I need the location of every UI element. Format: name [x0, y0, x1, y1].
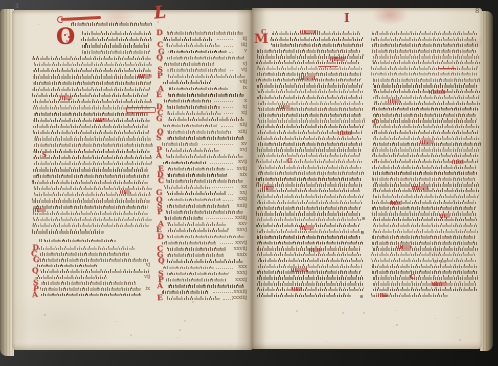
- parchment-speck: [435, 318, 436, 319]
- chapter-numeral: xv: [241, 141, 247, 147]
- parchment-speck: [326, 341, 327, 342]
- chapter-numeral: xxix: [237, 252, 247, 258]
- rubric-box: [126, 107, 156, 113]
- script-line: [256, 177, 362, 181]
- script-line: [32, 87, 150, 91]
- script-line: [372, 60, 480, 64]
- script-line: [372, 153, 478, 157]
- script-line: [164, 185, 211, 189]
- script-line: [33, 68, 151, 72]
- parchment-speck: [457, 317, 458, 318]
- manuscript-photograph: 3 L I 8 O M DCGvjQvijSPixADiijCiiijGvQvj…: [0, 0, 498, 366]
- script-line: [257, 281, 363, 285]
- rubric-initial: A: [32, 290, 39, 298]
- chapter-numeral: xxvj: [237, 227, 247, 233]
- script-line: [257, 136, 361, 140]
- chapter-numeral: xxiiij: [235, 215, 247, 221]
- rubric-initial: D: [156, 29, 163, 36]
- rubric-initial: Q: [156, 54, 163, 61]
- script-line: [371, 66, 478, 70]
- script-line: [372, 275, 477, 279]
- rubric-paragraph-mark: C: [410, 274, 415, 280]
- script-line: [167, 173, 227, 177]
- script-line: [168, 50, 227, 54]
- rubric-paragraph-mark: C: [261, 29, 266, 35]
- dotted-leader: [221, 126, 233, 127]
- script-line: [39, 258, 147, 262]
- folio-number: 8: [475, 7, 479, 15]
- script-line: [34, 62, 153, 66]
- script-line: [40, 269, 148, 273]
- script-line: [167, 204, 230, 208]
- script-line: [167, 130, 231, 134]
- script-line: [167, 31, 244, 35]
- script-line: [164, 216, 204, 220]
- chapter-numeral: xxv: [238, 221, 247, 227]
- rubric-highlight: [378, 293, 388, 297]
- script-line: [372, 31, 478, 35]
- script-line: [32, 56, 151, 60]
- script-line: [373, 281, 477, 285]
- chapter-numeral: ix: [145, 286, 150, 292]
- script-line: [33, 205, 148, 209]
- script-line: [168, 87, 228, 91]
- dotted-leader: [228, 194, 233, 195]
- script-line: [372, 235, 476, 239]
- chapter-numeral: xxvij: [235, 240, 247, 246]
- script-line: [82, 43, 150, 47]
- script-line: [258, 165, 361, 169]
- rubric-initial: E: [156, 294, 162, 301]
- chapter-numeral: xxx: [238, 264, 247, 270]
- script-line: [167, 136, 244, 140]
- chapter-numeral: x: [244, 98, 247, 104]
- script-line: [257, 270, 361, 274]
- script-line: [372, 241, 479, 245]
- chapter-numeral: xxij: [238, 196, 247, 202]
- script-line: [371, 264, 476, 268]
- script-line: [33, 174, 149, 178]
- chapter-numeral: v: [244, 48, 247, 54]
- script-line: [371, 252, 476, 256]
- chapter-numeral: xxxij: [235, 277, 247, 283]
- script-line: [373, 194, 479, 198]
- rubric-initial: D: [157, 233, 164, 240]
- script-line: [162, 290, 209, 294]
- script-line: [164, 99, 212, 103]
- rubric-highlight: [300, 226, 314, 230]
- rubric-highlight: [338, 131, 352, 135]
- script-line: [373, 78, 481, 82]
- script-line: [163, 37, 214, 41]
- script-line: [34, 143, 153, 147]
- script-line: [257, 264, 362, 268]
- script-line: [166, 179, 243, 183]
- script-line: [39, 246, 135, 250]
- marginal-tick: [361, 231, 364, 234]
- script-line: [372, 217, 478, 221]
- script-line: [256, 235, 360, 239]
- rubric-highlight: [299, 76, 316, 80]
- dotted-leader: [223, 299, 233, 300]
- parchment-speck: [177, 337, 178, 338]
- script-line: [32, 198, 150, 202]
- rubric-highlight: [96, 118, 107, 122]
- parchment-speck: [168, 27, 169, 28]
- rubric-initial: Q: [31, 267, 38, 274]
- chapter-numeral: iij: [242, 36, 247, 42]
- rubric-initial: P: [157, 208, 163, 216]
- script-line: [33, 167, 148, 171]
- script-line: [257, 217, 362, 221]
- parchment-speck: [66, 33, 68, 35]
- script-line: [373, 113, 478, 117]
- chapter-numeral: xxj: [240, 190, 247, 196]
- script-line: [167, 259, 244, 263]
- marginal-tick: [362, 217, 365, 220]
- chapter-numeral: xxxj: [237, 270, 247, 276]
- script-line: [40, 287, 141, 291]
- script-line: [257, 89, 362, 93]
- script-line: [257, 124, 364, 128]
- script-line: [164, 62, 215, 66]
- script-line: [168, 284, 245, 288]
- parchment-speck: [179, 329, 181, 331]
- script-line: [41, 281, 136, 285]
- script-line: [167, 253, 224, 257]
- script-line: [167, 222, 226, 226]
- rubric-highlight: [279, 105, 290, 109]
- rubric-highlight: [388, 99, 400, 103]
- script-line: [33, 118, 150, 122]
- script-line: [34, 136, 151, 140]
- script-line: [168, 198, 221, 202]
- script-line: [256, 159, 361, 163]
- dotted-leader: [214, 101, 233, 102]
- script-line: [257, 171, 364, 175]
- corner-mark: 3: [15, 3, 19, 10]
- chapter-numeral: xvj: [240, 147, 247, 153]
- parchment-speck: [130, 334, 132, 336]
- script-line: [258, 107, 363, 111]
- rubric-initial: C: [158, 177, 164, 184]
- rubric-paragraph-mark: C: [287, 158, 292, 164]
- dotted-leader: [224, 113, 233, 114]
- script-line: [372, 211, 477, 215]
- rubric-highlight: [291, 268, 308, 272]
- rubric-highlight: [330, 57, 345, 61]
- script-line: [257, 54, 364, 58]
- chapter-numeral: vj: [146, 262, 150, 268]
- script-line: [372, 246, 478, 250]
- script-line: [373, 124, 480, 128]
- script-line: [163, 266, 213, 270]
- script-line: [372, 270, 478, 274]
- script-line: [70, 22, 152, 26]
- script-line: [372, 171, 478, 175]
- script-line: [373, 223, 479, 227]
- rubric-highlight: [429, 90, 445, 94]
- script-line: [163, 80, 211, 84]
- chapter-numeral: xix: [240, 172, 248, 178]
- dotted-leader: [206, 218, 233, 219]
- script-line: [33, 149, 150, 153]
- script-line: [166, 154, 243, 158]
- rubric-initial: A: [156, 152, 162, 159]
- script-line: [33, 99, 152, 103]
- rubric-initial: E: [156, 91, 162, 98]
- parchment-speck: [322, 175, 324, 177]
- script-line: [371, 72, 477, 76]
- script-line: [257, 275, 363, 279]
- rubric-underline: [438, 68, 456, 69]
- script-line: [271, 43, 364, 47]
- script-line: [258, 113, 362, 117]
- rubric-highlight: [138, 74, 152, 78]
- script-line: [373, 83, 478, 87]
- script-line: [168, 74, 245, 78]
- script-line: [82, 50, 150, 54]
- script-line: [257, 194, 363, 198]
- parchment-speck: [192, 301, 194, 303]
- rubric-highlight: [120, 190, 130, 194]
- parchment-speck: [363, 312, 365, 314]
- script-line: [258, 153, 362, 157]
- script-line: [371, 165, 476, 169]
- script-line: [258, 142, 363, 146]
- script-line: [166, 43, 220, 47]
- script-line: [270, 37, 362, 41]
- rubric-highlight: [60, 96, 72, 100]
- dotted-leader: [230, 70, 233, 71]
- chapter-numeral: xxxiij: [233, 289, 247, 295]
- script-line: [372, 177, 476, 181]
- page-content-layer: 3 L I 8 O M DCGvjQvijSPixADiijCiiijGvQvj…: [0, 0, 498, 366]
- rubric-highlight: [420, 140, 434, 144]
- script-line: [373, 229, 480, 233]
- script-line: [371, 200, 476, 204]
- rubric-paragraph-mark: S: [42, 152, 47, 158]
- rubric-initial: A: [157, 282, 163, 289]
- script-line: [256, 60, 360, 64]
- rubric-highlight: [292, 287, 302, 291]
- script-line: [82, 31, 152, 35]
- dotted-leader: [223, 107, 233, 108]
- decorated-initial-o: O: [56, 25, 75, 49]
- marginal-note: a pa: [434, 259, 447, 265]
- dotted-leader: [217, 39, 233, 40]
- chapter-numeral: xj: [243, 104, 247, 110]
- rubric-initial: G: [156, 115, 163, 122]
- dotted-leader: [220, 243, 233, 244]
- parchment-speck: [157, 21, 159, 23]
- parchment-speck: [342, 312, 344, 314]
- parchment-speck: [230, 345, 231, 346]
- script-line: [32, 223, 149, 227]
- script-line: [167, 105, 220, 109]
- script-line: [167, 56, 244, 60]
- script-line: [167, 272, 229, 276]
- parchment-speck: [38, 24, 39, 25]
- dotted-leader: [229, 52, 233, 53]
- script-line: [256, 49, 360, 53]
- script-line: [41, 293, 142, 297]
- script-line: [371, 49, 476, 53]
- script-line: [37, 264, 98, 268]
- script-line: [32, 229, 104, 233]
- chapter-numeral: xvij: [238, 159, 247, 165]
- script-line: [33, 124, 148, 128]
- rubric-underline: [318, 66, 338, 67]
- script-line: [372, 118, 478, 122]
- script-line: [167, 235, 244, 239]
- script-line: [257, 252, 361, 256]
- left-page-header-numeral: L: [153, 3, 167, 24]
- rubric-highlight: [309, 248, 321, 252]
- script-line: [257, 66, 363, 70]
- script-line: [168, 93, 245, 97]
- script-line: [34, 192, 151, 196]
- rubric-highlight: [300, 30, 318, 34]
- script-line: [257, 83, 363, 87]
- rubric-initial: Q: [158, 257, 165, 264]
- parchment-speck: [395, 310, 396, 311]
- script-line: [166, 210, 243, 214]
- rubric-paraph-flourish: [61, 16, 101, 21]
- script-line: [166, 148, 219, 152]
- script-line: [256, 211, 361, 215]
- script-line: [371, 130, 478, 134]
- script-line: [162, 142, 198, 146]
- parchment-speck: [396, 324, 398, 326]
- chapter-numeral: ix: [242, 85, 247, 91]
- chapter-numeral: xiij: [239, 122, 247, 128]
- script-line: [372, 206, 477, 210]
- script-line: [32, 93, 148, 97]
- script-line: [34, 186, 152, 190]
- chapter-numeral: vij: [144, 274, 150, 280]
- script-line: [167, 68, 227, 72]
- script-line: [257, 287, 364, 291]
- chapter-numeral: iiij: [241, 42, 247, 48]
- dotted-leader: [210, 163, 233, 164]
- rubric-initial: P: [157, 72, 163, 79]
- chapter-numeral: vj: [243, 61, 247, 67]
- dotted-leader: [216, 268, 233, 269]
- parchment-speck: [402, 241, 404, 243]
- script-line: [33, 130, 149, 134]
- rubric-highlight: [262, 186, 274, 190]
- parchment-speck: [393, 326, 394, 327]
- rubric-highlight: [432, 282, 447, 286]
- script-line: [35, 275, 107, 279]
- script-line: [33, 74, 151, 78]
- script-line: [373, 287, 478, 291]
- dotted-leader: [223, 200, 233, 201]
- script-line: [373, 54, 479, 58]
- script-line: [163, 124, 218, 128]
- script-line: [44, 239, 116, 242]
- script-line: [168, 117, 245, 121]
- chapter-numeral: xxxiiij: [232, 295, 247, 301]
- script-line: [81, 37, 151, 41]
- dotted-leader: [202, 144, 233, 145]
- script-line: [371, 37, 477, 41]
- rubric-highlight: [440, 214, 450, 218]
- rubric-initial: S: [156, 134, 162, 141]
- script-line: [33, 155, 152, 159]
- script-line: [167, 296, 220, 300]
- script-line: [168, 167, 225, 171]
- dotted-leader: [212, 187, 233, 188]
- script-line: [168, 228, 229, 232]
- rubric-paragraph-mark: C: [373, 119, 378, 125]
- script-line: [166, 278, 226, 282]
- script-line: [371, 147, 479, 151]
- marginal-tick: [360, 295, 363, 298]
- parchment-speck: [184, 320, 186, 322]
- script-line: [371, 258, 476, 262]
- chapter-numeral: xiiij: [238, 129, 247, 135]
- parchment-speck: [44, 314, 46, 316]
- script-line: [33, 211, 149, 215]
- chapter-numeral: xxiij: [236, 203, 247, 209]
- parchment-speck: [116, 321, 117, 322]
- script-line: [162, 241, 216, 245]
- script-line: [258, 101, 364, 105]
- dotted-leader: [224, 46, 233, 47]
- rubric-highlight: [452, 160, 464, 164]
- script-line: [34, 161, 152, 165]
- rubric-highlight: [39, 239, 43, 242]
- parchment-speck: [296, 310, 298, 312]
- script-line: [257, 206, 361, 210]
- chapter-numeral: xij: [241, 110, 247, 116]
- script-line: [371, 43, 478, 47]
- right-page-header-numeral: I: [344, 11, 350, 25]
- rubric-highlight: [390, 201, 402, 205]
- script-line: [258, 258, 364, 262]
- script-line: [163, 161, 207, 165]
- dotted-leader: [213, 292, 233, 293]
- script-line: [257, 200, 363, 204]
- rubric-highlight: [398, 245, 411, 249]
- rubric-highlight: [33, 208, 46, 212]
- chapter-numeral: viij: [239, 79, 247, 85]
- chapter-numeral: xx: [241, 184, 247, 190]
- parchment-speck: [459, 339, 461, 341]
- rubric-highlight: [412, 186, 428, 190]
- script-line: [372, 107, 479, 111]
- script-line: [257, 147, 362, 151]
- script-line: [33, 217, 152, 221]
- script-line: [373, 89, 480, 93]
- script-line: [257, 293, 351, 297]
- chapter-numeral: xxviij: [233, 246, 247, 252]
- script-line: [257, 241, 363, 245]
- script-line: [167, 247, 226, 251]
- script-line: [32, 180, 148, 184]
- script-line: [257, 95, 363, 99]
- script-line: [33, 81, 152, 85]
- parchment-speck: [353, 243, 355, 245]
- script-line: [167, 191, 225, 195]
- chapter-numeral: xviij: [236, 166, 247, 172]
- dotted-leader: [227, 169, 233, 170]
- script-line: [167, 111, 221, 115]
- chapter-numeral: vij: [241, 67, 247, 73]
- script-line: [39, 252, 128, 256]
